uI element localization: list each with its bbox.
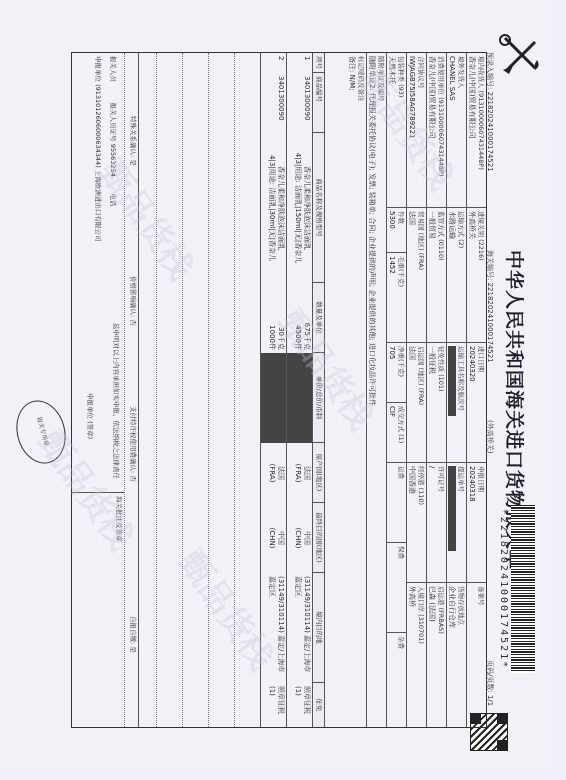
- goods-row-empty: [138, 53, 156, 727]
- goods-header-price: 单价/总价/币制: [313, 353, 324, 443]
- goods-row-empty: [156, 53, 182, 727]
- field-import-date: 进口日期20240320: [467, 343, 486, 463]
- goods-domestic-dest: (31149/310114) 嘉定/上海市 嘉定区: [261, 573, 286, 683]
- goods-header-dest: 最终目的国(地区): [313, 503, 324, 573]
- declare-unit-code: (9131012606000634344): [95, 84, 103, 168]
- field-consignee: 境内收货人 (91310000607431448P)香奈儿(中国)贸易有限公司: [467, 53, 486, 208]
- goods-header-origin: 原产国(地区): [313, 443, 324, 503]
- field-overseas-consignor: 境外发货人CHANEL SAS: [447, 53, 466, 208]
- goods-row-empty: [234, 53, 260, 727]
- row-documents: 随附单证及编号随附单证2: 代理报关委托协议(电子); 发票; 装箱单; 合同;…: [366, 53, 386, 727]
- goods-header-name: 商品名称及规格型号: [313, 133, 324, 283]
- field-freight: 运费: [387, 463, 406, 543]
- row-consignor: 境外发货人CHANEL SAS 运输方式 (2)水路运输 运输工具名称及航次号 …: [446, 53, 466, 727]
- goods-header-row: 项号 商品编号 商品名称及规格型号 数量及单位 单价/总价/币制 原产国(地区)…: [312, 53, 324, 727]
- goods-row-empty: [182, 53, 208, 727]
- field-package-type: 包装种类 (93)天然木托: [387, 53, 406, 208]
- field-trade-country: 贸易国 (地区) (FRA)法国: [407, 208, 426, 343]
- goods-row: 1 3401300090 香奈儿柔和净肤泡沫洁面乳4|3|用途: 洁面乳|150…: [286, 53, 312, 727]
- row-consignee: 境内收货人 (91310000607431448P)香奈儿(中国)贸易有限公司 …: [466, 53, 486, 727]
- royalty-confirmation: 支付特许权使用费确认: 否: [125, 403, 138, 573]
- goods-dest: 中国(CHN): [287, 503, 312, 573]
- field-bill-no: 提运单号: [447, 463, 466, 583]
- price-influence: 价格影响确认: 否: [125, 273, 138, 403]
- goods-row: 2 3401300090 香奈儿柔和净肤泡沫洁面乳4|3|用途: 洁面乳|30m…: [260, 53, 286, 727]
- field-transaction-mode: 成交方式 (1)CIF: [387, 403, 406, 463]
- goods-qty: 30千克1000件: [261, 283, 286, 353]
- goods-name-spec: 香奈儿柔和净肤泡沫洁面乳4|3|用途: 洁面乳|30ml|无|香奈儿: [261, 133, 286, 283]
- goods-header-code: 商品编号: [313, 73, 324, 133]
- goods-name-spec: 香奈儿柔和净肤泡沫洁面乳4|3|用途: 洁面乳|150ml|无|香奈儿: [287, 133, 312, 283]
- legal-statement: 兹申明对以上内容承担如实申报、依法纳税之法律责任: [112, 323, 121, 479]
- declare-unit-label: 申报单位: [95, 56, 103, 82]
- goods-price-redacted: [287, 353, 312, 443]
- phone-label: 电话: [109, 193, 117, 206]
- goods-dest: 中国(CHN): [261, 503, 286, 573]
- field-gross-weight: 毛重(千克)1452: [387, 253, 406, 343]
- declarant-id-label: 报关人员证号: [109, 103, 117, 142]
- field-supervision-mode: 监管方式 (0110)一般贸易: [427, 208, 446, 343]
- field-declare-date: 申报日期20240318: [467, 463, 486, 583]
- field-marks: 标记唛码及备注备注: N/M;: [325, 53, 366, 727]
- field-documents: 随附单证及编号随附单证2: 代理报关委托协议(电子); 发票; 装箱单; 合同;…: [367, 53, 386, 727]
- goods-origin: 法国(FRA): [261, 443, 286, 503]
- row-consumer: 消费使用单位 (91310000607431448P)香奈儿(中国)贸易有限公司…: [426, 53, 446, 727]
- field-contract-no: 合同协议号IWJAGB75I58AG789221: [407, 53, 426, 208]
- goods-code: 3401300090: [261, 73, 286, 133]
- declaration-table: 境内收货人 (91310000607431448P)香奈儿(中国)贸易有限公司 …: [71, 52, 487, 728]
- field-insurance: 保费: [387, 543, 406, 633]
- goods-code: 3401300090: [287, 73, 312, 133]
- goods-levy: 照章征税 (1): [261, 683, 286, 727]
- field-misc-fee: 杂费: [387, 633, 406, 727]
- declarant-id: 95563254: [109, 144, 117, 177]
- field-license-no: 许可证号/: [427, 463, 446, 583]
- confirmation-row: 特殊关系确认: 是 价格影响确认: 否 支付特许权使用费确认: 否 自报自缴: …: [124, 53, 138, 727]
- customs-approval-block: 海关批注及签章: [72, 493, 124, 727]
- declarant-row: 报关人员 报关人员证号 95563254 电话 申报单位 (9131012606…: [72, 53, 124, 727]
- special-relation: 特殊关系确认: 是: [125, 113, 138, 273]
- field-transport-tool: 运输工具名称及航次号: [447, 343, 466, 463]
- document-page: 中华人民共和国海关进口货物报关单 *221820241000174521* 预录…: [0, 0, 553, 770]
- goods-price-redacted: [261, 353, 286, 443]
- barcode: [511, 505, 535, 673]
- self-report: 自报自缴: 是: [125, 613, 138, 713]
- field-entry-port: 入境口岸 (310701)外高桥: [407, 583, 426, 727]
- field-packages: 件数5300: [387, 208, 406, 253]
- goods-no: 1: [287, 53, 312, 73]
- goods-header-levy: 征免: [313, 683, 324, 727]
- field-net-weight: 净重(千克)705: [387, 343, 406, 403]
- field-goods-location: 货物存放地点企业自行仓库: [447, 583, 466, 727]
- field-record-no: 备案号: [467, 583, 486, 727]
- customs-emblem-icon: [498, 30, 543, 80]
- field-consumer-unit: 消费使用单位 (91310000607431448P)香奈儿(中国)贸易有限公司: [427, 53, 446, 208]
- goods-levy: 照章征税 (1): [287, 683, 312, 727]
- field-levy-nature: 征免性质 (101)一般征税: [427, 343, 446, 463]
- customs-broker-stamp: 报关专用章: [10, 395, 73, 469]
- goods-domestic-dest: (31149/310114) 嘉定/上海市 嘉定区: [287, 573, 312, 683]
- customs-declaration-sheet: 中华人民共和国海关进口货物报关单 *221820241000174521* 预录…: [0, 0, 566, 780]
- declare-unit-name: 上海欧洲进出口有限公司: [95, 170, 103, 242]
- field-transit-port: 经停港 (110)中国香港: [407, 463, 426, 583]
- field-import-port: 进境关别 (2216)外高桥关: [467, 208, 486, 343]
- field-transport-mode: 运输方式 (2)水路运输: [447, 208, 466, 343]
- goods-row-empty: [208, 53, 234, 727]
- field-departure-port: 启运港 (FRBAS)巴森 (法国): [427, 583, 446, 727]
- row-contract: 合同协议号IWJAGB75I58AG789221 贸易国 (地区) (FRA)法…: [406, 53, 426, 727]
- goods-qty: 675千克4500件: [287, 283, 312, 353]
- declarant-block: 报关人员 报关人员证号 95563254 电话 申报单位 (9131012606…: [72, 53, 124, 493]
- row-packages: 包装种类 (93)天然木托 件数5300 毛重(千克)1452 净重(千克)70…: [386, 53, 406, 727]
- declarant-label: 报关人员: [109, 56, 117, 82]
- field-origin-country: 启运国 (地区) (FRA)法国: [407, 343, 426, 463]
- goods-header-domestic: 境内目的地: [313, 573, 324, 683]
- row-marks: 标记唛码及备注备注: N/M;: [324, 53, 366, 727]
- goods-header-qty: 数量及单位: [313, 283, 324, 353]
- goods-header-no: 项号: [313, 53, 324, 73]
- goods-origin: 法国(FRA): [287, 443, 312, 503]
- barcode-number: *221820241000174521*: [498, 505, 509, 673]
- goods-no: 2: [261, 53, 286, 73]
- declare-unit-seal: 申报单位 (签章): [86, 393, 95, 439]
